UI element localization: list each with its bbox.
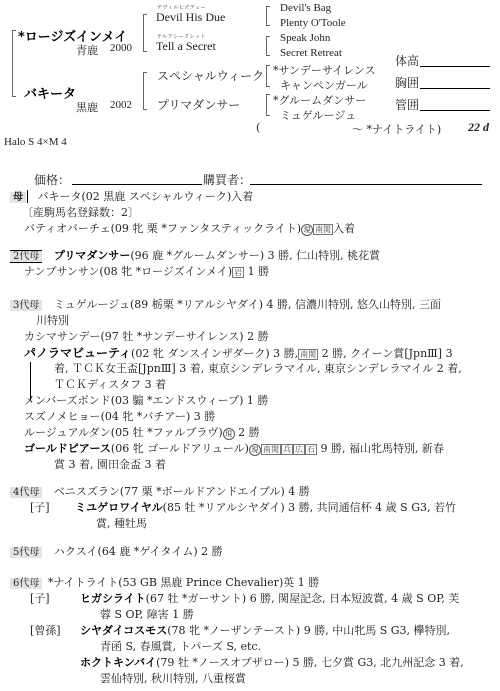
sire-dam-name: Tell a Secret	[156, 39, 216, 54]
sire-sire-name: Devil His Due	[156, 10, 225, 25]
offspring-name: メンバーズボンド	[24, 394, 111, 407]
offspring-name: ゴールドピアース	[24, 442, 111, 455]
family-tail: ～ *ナイトライト)	[352, 121, 441, 137]
gen5-tag: 5代母	[10, 547, 42, 558]
offspring-name: カシマサンデー	[24, 330, 100, 343]
gen2-tag: 2代母	[10, 250, 42, 263]
offspring-detail: (04 牝 *バチアー) 3 勝	[101, 410, 216, 423]
child-cont: 賞, 種牡馬	[96, 516, 147, 532]
offspring-detail: (06 牝 ゴールドアリュール)	[111, 442, 249, 455]
g3-6: *グルームダンサー	[273, 92, 366, 108]
offspring-cont: 着, ＴＣＫ女王盃[JpnⅢ] 3 着, 東京シンデレラマイル, 東京シンデレラ…	[54, 361, 462, 377]
entry-cont: 蓉 S OP, 障害 1 勝	[100, 607, 194, 623]
entry-name: シヤダイコスモス	[80, 624, 167, 637]
offspring-detail: (02 牝 ダンスインザダーク) 3 勝,	[131, 347, 298, 360]
gen2-detail: (96 鹿 *グルームダンサー) 3 勝, 仁山特別, 桃花賞	[130, 249, 380, 262]
sire-year: 2000	[110, 42, 132, 54]
offspring-detail: (05 牡 *ファルブラヴ)	[111, 426, 223, 439]
dam-offspring-result: 入着	[333, 222, 355, 235]
cannon-field[interactable]	[420, 110, 490, 111]
entry-name: ヒガシライト	[80, 592, 146, 605]
dam-color: 黒鹿	[76, 99, 98, 115]
dam-year: 2002	[110, 99, 132, 111]
price-label: 価格：	[34, 171, 70, 188]
entry-label: [子]	[30, 591, 80, 607]
dam-name: バキータ	[24, 83, 76, 102]
dam-line: バキータ(02 黒鹿 スペシャルウィーク)入着	[38, 190, 254, 203]
dam-offspring: バティオバーチェ(09 牝 栗 *ファンタスティックライト)	[24, 222, 301, 235]
registered-count: 〔産駒馬名登録数：2〕	[22, 205, 139, 221]
entry-label: [曾孫]	[30, 623, 80, 639]
g3-7: ミュゲルージュ	[280, 107, 356, 123]
g3-0: Devil's Bag	[280, 2, 331, 14]
cannon-label: 管囲	[395, 96, 419, 113]
g3-1: Plenty O'Toole	[280, 17, 346, 29]
height-label: 体高	[395, 52, 419, 69]
region-mark: 南関	[261, 444, 281, 455]
pedigree-brace	[12, 30, 16, 97]
gen4-line: ベニスズラン(77 栗 *ボールドアンドエイブル) 4 勝	[54, 485, 310, 498]
gen3-name: ミュゲルージュ	[54, 298, 130, 311]
inbreeding-info: Halo S 4×M 4	[4, 136, 67, 148]
chest-label: 胸囲	[395, 74, 419, 91]
child-label: [子]	[30, 501, 50, 514]
entry-cont: 青函 S, 春風賞, トパーズ S, etc.	[100, 639, 261, 655]
offspring-detail: (97 牡 *サンデーサイレンス) 2 勝	[100, 330, 268, 343]
g3-3: Secret Retreat	[280, 47, 342, 59]
offspring-name: スズノメヒョー	[24, 410, 101, 423]
dam-dam-name: プリマダンサー	[157, 96, 240, 113]
region-mark: 広	[293, 444, 305, 455]
buyer-label: 購買者：	[203, 171, 251, 188]
offspring-detail-2: 2 勝, クイーン賞[JpnⅢ] 3	[322, 347, 453, 360]
gen4-tag: 4代母	[10, 487, 42, 498]
offspring-detail: (03 騸 *エンドスウィープ) 1 勝	[111, 394, 269, 407]
gen2-offspring-result: 1 勝	[248, 265, 270, 278]
entry-cont: 雲仙特別, 秋川特別, 八重桜賞	[100, 671, 246, 687]
entry-detail: (79 牡 *ノースオブザロー) 5 勝, 七夕賞 G3, 北九州記念 3 着,	[156, 656, 464, 669]
offspring-detail-2: 9 勝, 福山牝馬特別, 新春	[320, 442, 443, 455]
dam-sire-name: スペシャルウィーク	[157, 67, 264, 84]
height-field[interactable]	[420, 66, 490, 67]
price-field[interactable]	[72, 184, 202, 185]
gen2-offspring: ナンブサンサン(08 牝 *ロージズインメイ)	[24, 265, 232, 278]
active-mark: 現	[223, 428, 235, 440]
g3-5: キャンペンガール	[280, 77, 368, 93]
sire-brace	[143, 14, 147, 52]
entry-detail: (67 牡 *ガーサント) 6 勝, 関屋記念, 日本短波賞, 4 歳 S OP…	[146, 592, 460, 605]
brace-g3-2	[266, 36, 270, 56]
offspring-detail-2: 2 勝	[238, 426, 260, 439]
region-mark: 南関	[298, 349, 318, 360]
gen6-tag: 6代母	[10, 578, 42, 589]
region-mark: 石	[305, 444, 317, 455]
entry-name: ホクトキンバイ	[80, 656, 156, 669]
offspring-name: ルージュアルダン	[24, 426, 111, 439]
gen2-name: プリマダンサー	[54, 249, 130, 262]
active-mark: 現	[249, 444, 261, 456]
g3-2: Speak John	[280, 32, 330, 44]
offspring-cont: ＴＣＫディスタフ 3 着	[54, 377, 166, 393]
dam-brace	[143, 72, 147, 110]
dam-tag: 母	[10, 192, 26, 203]
gen3-detail: (89 栃栗 *リアルシヤダイ) 4 勝, 信濃川特別, 悠久山特別, 三面	[130, 298, 441, 311]
family-number: 22 d	[468, 120, 489, 135]
child-detail: (85 牡 *リアルシヤダイ) 3 勝, 共同通信杯 4 歳 S G3, 若竹	[163, 501, 456, 514]
child-name: ミユゲロワイヤル	[75, 501, 163, 514]
gen6-line: *ナイトライト(53 GB 黒鹿 Prince Chevalier)英 1 勝	[48, 576, 319, 589]
offspring-cont: 賞 3 着, 園田金盃 3 着	[54, 457, 166, 473]
active-mark: 現	[301, 224, 313, 236]
family-open: (	[256, 121, 260, 134]
buyer-field[interactable]	[250, 184, 482, 185]
entry-detail: (78 牝 *ノーザンテースト) 9 勝, 中山牝馬 S G3, 欅特別,	[167, 624, 450, 637]
g3-4: *サンデーサイレンス	[273, 62, 376, 78]
offspring-name: パノラマビューティ	[24, 346, 131, 360]
brace-g3-3	[266, 65, 270, 87]
gen3-detail-cont: 川特別	[36, 313, 69, 329]
gen3-tag: 3代母	[10, 300, 42, 311]
sire-color: 青鹿	[76, 42, 98, 58]
brace-g3-1	[266, 6, 270, 26]
gen5-line: ハクスイ(64 鹿 *ゲイタイム) 2 勝	[54, 545, 223, 558]
region-mark: 兵	[281, 444, 293, 455]
chest-field[interactable]	[420, 88, 490, 89]
brace-g3-4	[266, 94, 270, 116]
region-mark: 岩	[232, 267, 244, 278]
region-mark: 南関	[313, 224, 333, 235]
